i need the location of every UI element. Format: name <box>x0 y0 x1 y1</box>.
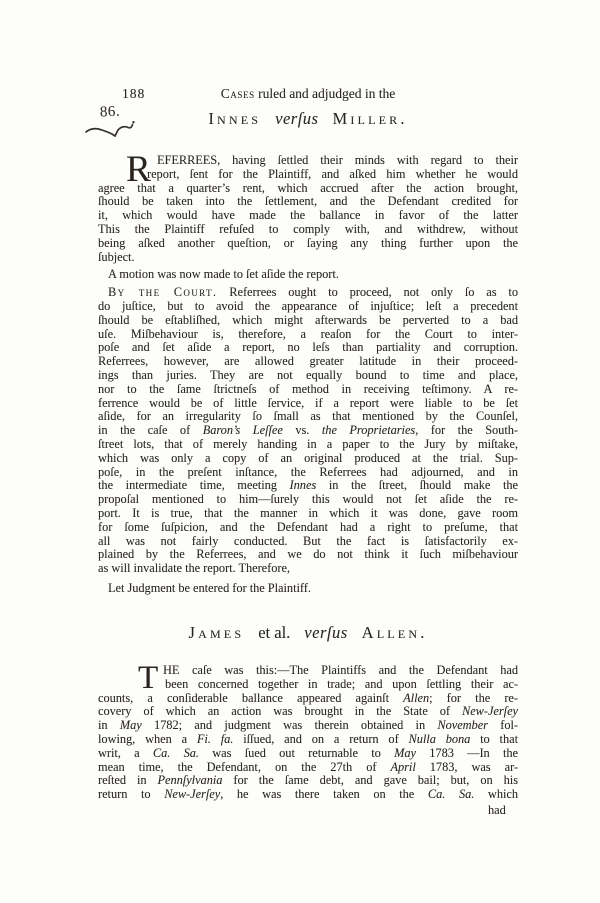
text-line: return to New-Jerſey, he was there taken… <box>98 788 518 802</box>
text-segment: mean time, the Defendant, on the 27th of <box>98 761 390 774</box>
text-line: covery of which an action was brought in… <box>98 705 518 719</box>
text-line: mean time, the Defendant, on the 27th of… <box>98 761 518 775</box>
text-line: uſe. Miſbehaviour is, therefore, a reaſo… <box>98 328 518 342</box>
book-page: 188 Cases ruled and adjudged in the 86. … <box>0 0 600 903</box>
text-segment: New-Jerſey <box>462 705 518 718</box>
case-body: THE caſe was this:—The Plaintiffs and th… <box>98 664 518 802</box>
case-title: InnesverſusMiller. <box>98 109 518 129</box>
text-segment: EFERREES, having ſettled their minds wit… <box>157 154 518 167</box>
text-line: reſted in Pennſylvania for the ſame debt… <box>98 774 518 788</box>
text-segment: verſus <box>275 109 318 128</box>
text-segment: return to <box>98 788 164 801</box>
text-line: been concerned together in trade; and up… <box>98 678 518 692</box>
text-segment: Referrees, however, are allowed greater … <box>98 355 518 368</box>
paragraph: By the Court. Referrees ought to proceed… <box>98 286 518 576</box>
text-line: aſide, for an irregularity ſo ſmall as t… <box>98 410 518 424</box>
text-segment: ſtreet lots, that of merely handing in a… <box>98 438 518 451</box>
text-line: EFERREES, having ſettled their minds wit… <box>98 154 518 168</box>
text-segment: This the Plaintiff refuſed to comply wit… <box>98 223 518 236</box>
text-segment: poſe and ſet aſide a report, no leſs tha… <box>98 341 518 354</box>
text-segment: Innes <box>208 109 261 128</box>
text-segment: 1783, was ar- <box>416 761 518 774</box>
text-segment: report, ſent for the Plaintiff, and aſke… <box>147 168 518 181</box>
text-segment: plained by the Referrees, and we do not … <box>98 548 518 561</box>
text-segment: iſſued, and on a return of <box>233 733 408 746</box>
text-segment: ings than juries. They are not equally b… <box>98 369 518 382</box>
text-line: for ſome ſuſpicion, and the Defendant ha… <box>98 521 518 535</box>
text-segment: ſubject. <box>98 251 135 264</box>
text-segment: the Proprietaries <box>322 424 415 437</box>
text-line: port. It is true, that the manner in whi… <box>98 507 518 521</box>
text-segment: Nulla bona <box>409 733 471 746</box>
text-line: HE caſe was this:—The Plaintiffs and the… <box>98 664 518 678</box>
running-head-title: Cases ruled and adjudged in the <box>98 86 518 102</box>
text-segment: for the ſame debt, and gave bail; but, o… <box>222 774 518 787</box>
text-segment: the intermediate time, meeting <box>98 479 290 492</box>
text-segment: aſide, for an irregularity ſo ſmall as t… <box>98 410 518 423</box>
text-segment: writ, a <box>98 747 153 760</box>
text-line: ſhould be eſtabliſhed, which might after… <box>98 314 518 328</box>
text-segment: ; for the re- <box>429 692 518 705</box>
text-segment: May <box>120 719 142 732</box>
text-line: agree that a quarter’s rent, which accru… <box>98 182 518 196</box>
drop-cap: R <box>126 151 151 188</box>
text-line: ſtreet lots, that of merely handing in a… <box>98 438 518 452</box>
text-line: in the caſe of Baron’s Leſſee vs. the Pr… <box>98 424 518 438</box>
text-line: it, which would have made the ballance i… <box>98 209 518 223</box>
text-line: Let Judgment be entered for the Plaintif… <box>98 582 518 596</box>
text-segment: for ſome ſuſpicion, and the Defendant ha… <box>98 521 518 534</box>
text-segment: et al. <box>258 623 290 642</box>
text-segment: ruled and adjudged in the <box>255 86 396 101</box>
text-segment: May <box>394 747 416 760</box>
catchword: had <box>488 803 506 818</box>
text-segment: New-Jerſey <box>164 788 220 801</box>
text-segment: verſus <box>304 623 347 642</box>
text-segment: HE caſe was this:—The Plaintiffs and the… <box>163 664 518 677</box>
text-segment: all was not fairly conducted. But the fa… <box>98 535 518 548</box>
text-segment: in <box>98 719 120 732</box>
paragraph: Let Judgment be entered for the Plaintif… <box>98 582 518 596</box>
text-line: plained by the Referrees, and we do not … <box>98 548 518 562</box>
text-segment: Allen <box>403 692 429 705</box>
text-segment: A motion was now made to ſet aſide the r… <box>108 268 339 281</box>
text-line: ſhould be taken into the ſettlement, and… <box>98 195 518 209</box>
text-segment: Fi. fa. <box>197 733 234 746</box>
text-segment: covery of which an action was brought in… <box>98 705 462 718</box>
text-line: A motion was now made to ſet aſide the r… <box>98 268 518 282</box>
text-segment: poſe, in the preſent inſtance, the Refer… <box>98 466 518 479</box>
case-title: Jameset al.verſusAllen. <box>98 623 518 643</box>
text-segment: Allen. <box>362 623 428 642</box>
text-segment: Cases <box>221 86 255 101</box>
text-line: By the Court. Referrees ought to proceed… <box>98 286 518 300</box>
text-line: report, ſent for the Plaintiff, and aſke… <box>98 168 518 182</box>
text-line: as will invalidate the report. Therefore… <box>98 562 518 576</box>
text-segment: 1782; and judgment was therein obtained … <box>142 719 438 732</box>
text-line: which was only a copy of an original pro… <box>98 452 518 466</box>
text-segment: Ca. Sa. <box>428 788 474 801</box>
text-line: in May 1782; and judgment was therein ob… <box>98 719 518 733</box>
text-segment: it, which would have made the ballance i… <box>98 209 518 222</box>
text-segment: , he was there taken on the <box>220 788 428 801</box>
text-segment: in the ſtreet, ſhould make the <box>316 479 518 492</box>
text-segment: nor to the ſame ſtrictneſs of method in … <box>98 383 518 396</box>
text-segment: was ſued out returnable to <box>199 747 394 760</box>
text-segment: Innes <box>290 479 317 492</box>
text-line: Referrees, however, are allowed greater … <box>98 355 518 369</box>
text-segment: reſted in <box>98 774 158 787</box>
text-segment: Referrees ought to proceed, not only ſo … <box>217 286 518 299</box>
text-segment: being aſked another queſtion, or ſaying … <box>98 237 518 250</box>
case-body: REFERREES, having ſettled their minds wi… <box>98 154 518 596</box>
text-segment: Miller. <box>332 109 407 128</box>
text-segment: April <box>390 761 415 774</box>
text-segment: Pennſylvania <box>158 774 223 787</box>
text-segment: Baron’s Leſſee <box>203 424 283 437</box>
paragraph: A motion was now made to ſet aſide the r… <box>98 268 518 282</box>
text-segment: in the caſe of <box>98 424 203 437</box>
text-segment: which was only a copy of an original pro… <box>98 452 518 465</box>
drop-cap: T <box>138 662 158 695</box>
text-line: ſubject. <box>98 251 518 265</box>
text-segment: ſhould be taken into the ſettlement, and… <box>98 195 518 208</box>
text-line: ferrence would be of little ſervice, if … <box>98 397 518 411</box>
text-segment: which <box>474 788 518 801</box>
text-segment: vs. <box>283 424 322 437</box>
text-segment: ſhould be eſtabliſhed, which might after… <box>98 314 518 327</box>
text-segment: port. It is true, that the manner in whi… <box>98 507 518 520</box>
text-segment: ferrence would be of little ſervice, if … <box>98 397 518 410</box>
text-segment: uſe. Miſbehaviour is, therefore, a reaſo… <box>98 328 518 341</box>
text-line: being aſked another queſtion, or ſaying … <box>98 237 518 251</box>
text-segment: propoſal mentioned to him—ſurely this wo… <box>98 493 518 506</box>
text-segment: November <box>437 719 488 732</box>
text-line: nor to the ſame ſtrictneſs of method in … <box>98 383 518 397</box>
text-line: the intermediate time, meeting Innes in … <box>98 479 518 493</box>
text-segment: been concerned together in trade; and up… <box>165 678 518 691</box>
text-line: counts, a conſiderable ballance appeared… <box>98 692 518 706</box>
text-line: do juſtice, but to avoid the appearance … <box>98 300 518 314</box>
text-segment: 1783 —In the <box>416 747 518 760</box>
text-segment: do juſtice, but to avoid the appearance … <box>98 300 518 313</box>
text-segment: as will invalidate the report. Therefore… <box>98 562 290 575</box>
text-line: propoſal mentioned to him—ſurely this wo… <box>98 493 518 507</box>
paragraph: REFERREES, having ſettled their minds wi… <box>98 154 518 264</box>
text-line: lowing, when a Fi. fa. iſſued, and on a … <box>98 733 518 747</box>
text-segment: fol- <box>488 719 518 732</box>
text-segment: lowing, when a <box>98 733 197 746</box>
text-line: writ, a Ca. Sa. was ſued out returnable … <box>98 747 518 761</box>
text-line: ings than juries. They are not equally b… <box>98 369 518 383</box>
text-segment: to that <box>470 733 518 746</box>
paragraph: THE caſe was this:—The Plaintiffs and th… <box>98 664 518 802</box>
text-line: all was not fairly conducted. But the fa… <box>98 535 518 549</box>
text-segment: Let Judgment be entered for the Plaintif… <box>108 582 311 595</box>
text-line: poſe, in the preſent inſtance, the Refer… <box>98 466 518 480</box>
text-segment: , for the South- <box>415 424 518 437</box>
text-segment: agree that a quarter’s rent, which accru… <box>98 182 518 195</box>
text-segment: Ca. Sa. <box>153 747 199 760</box>
text-segment: James <box>188 623 244 642</box>
text-line: This the Plaintiff refuſed to comply wit… <box>98 223 518 237</box>
text-line: poſe and ſet aſide a report, no leſs tha… <box>98 341 518 355</box>
text-segment: By the Court. <box>108 286 217 299</box>
